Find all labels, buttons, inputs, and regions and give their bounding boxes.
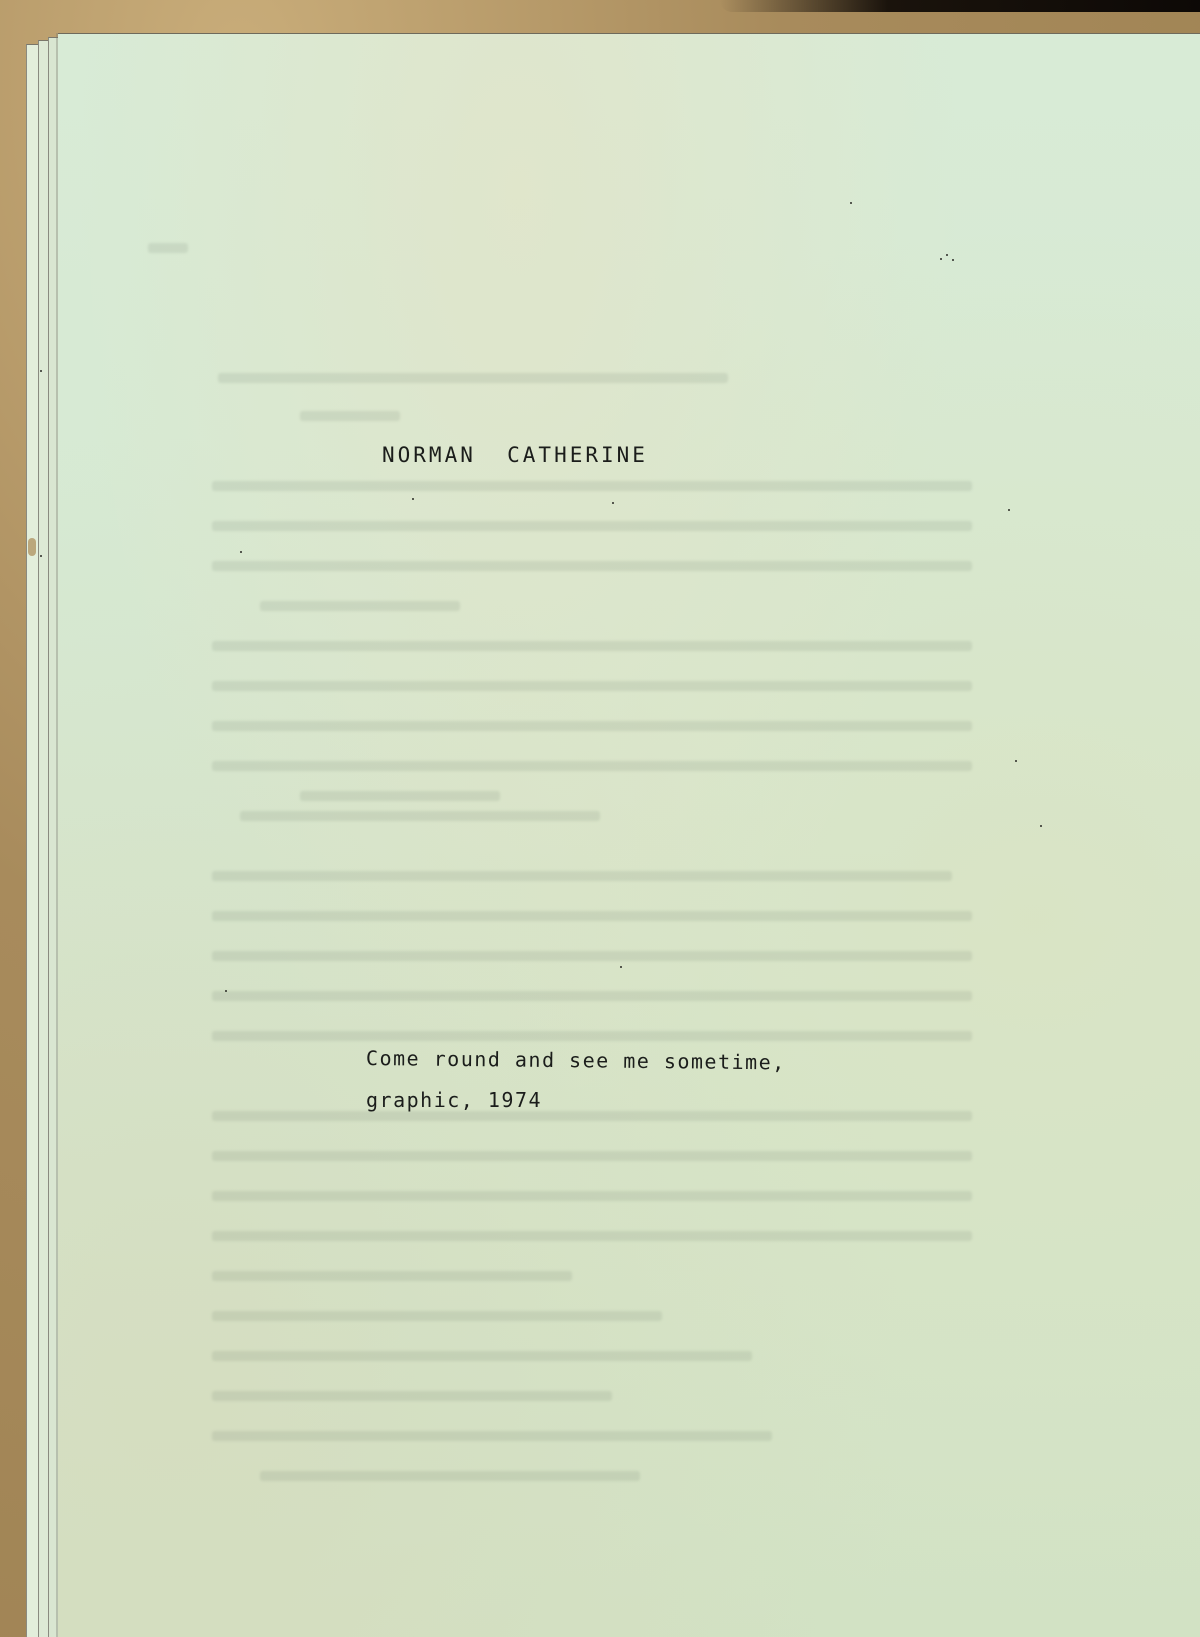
paper-stain xyxy=(28,538,36,556)
artwork-medium-year: graphic, 1974 xyxy=(366,1088,542,1112)
artist-name-heading: NORMAN CATHERINE xyxy=(382,443,648,467)
artwork-title: Come round and see me sometime, xyxy=(366,1046,786,1074)
typed-page xyxy=(58,33,1200,1637)
scan-shadow xyxy=(720,0,1200,12)
